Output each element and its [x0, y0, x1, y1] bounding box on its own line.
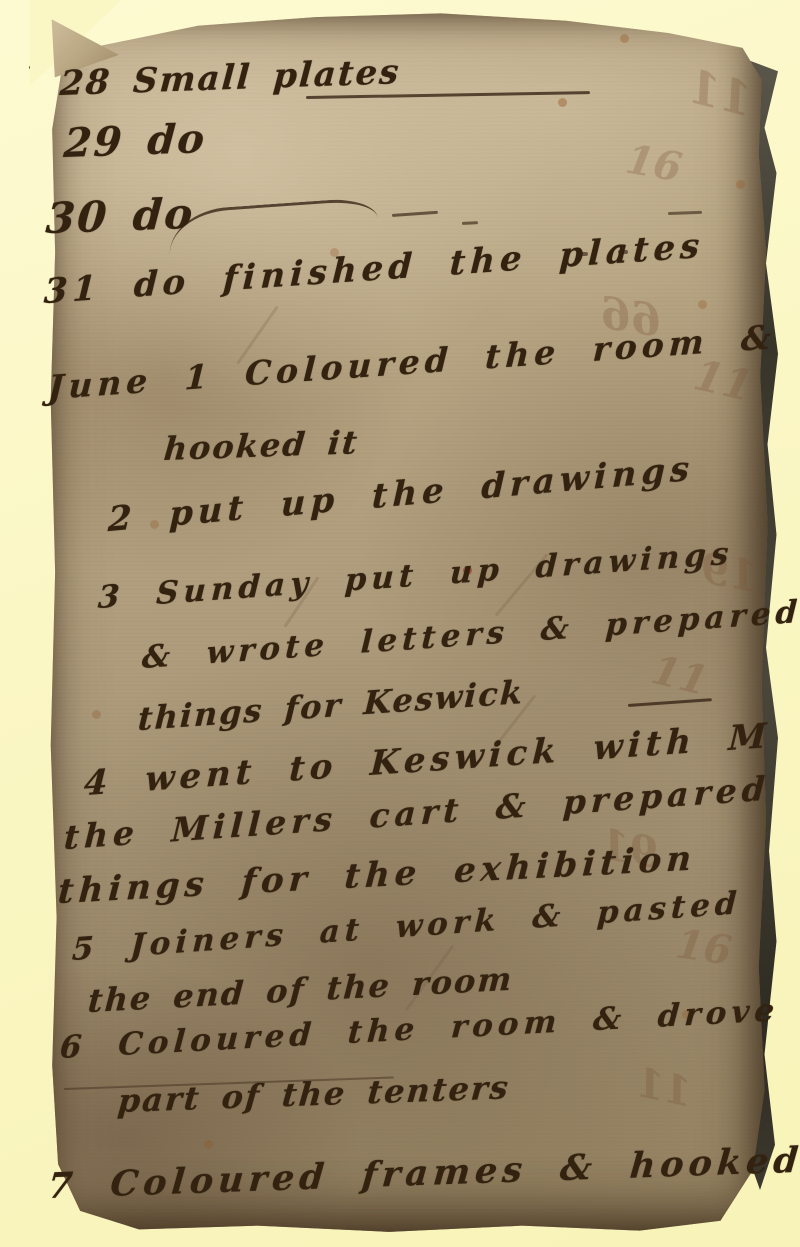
manuscript-photo: 11 16 66 11 19 11 91 16 11 28 Small plat…: [0, 0, 800, 1247]
foxing-stains: [0, 0, 5, 5]
ink-bleedthrough: 16: [673, 920, 735, 974]
handwriting-line: 29 do: [62, 115, 207, 167]
handwriting-line: 30 do: [44, 189, 196, 243]
handwriting-line: hooked it: [162, 423, 360, 468]
ink-bleedthrough: 16: [622, 136, 685, 192]
